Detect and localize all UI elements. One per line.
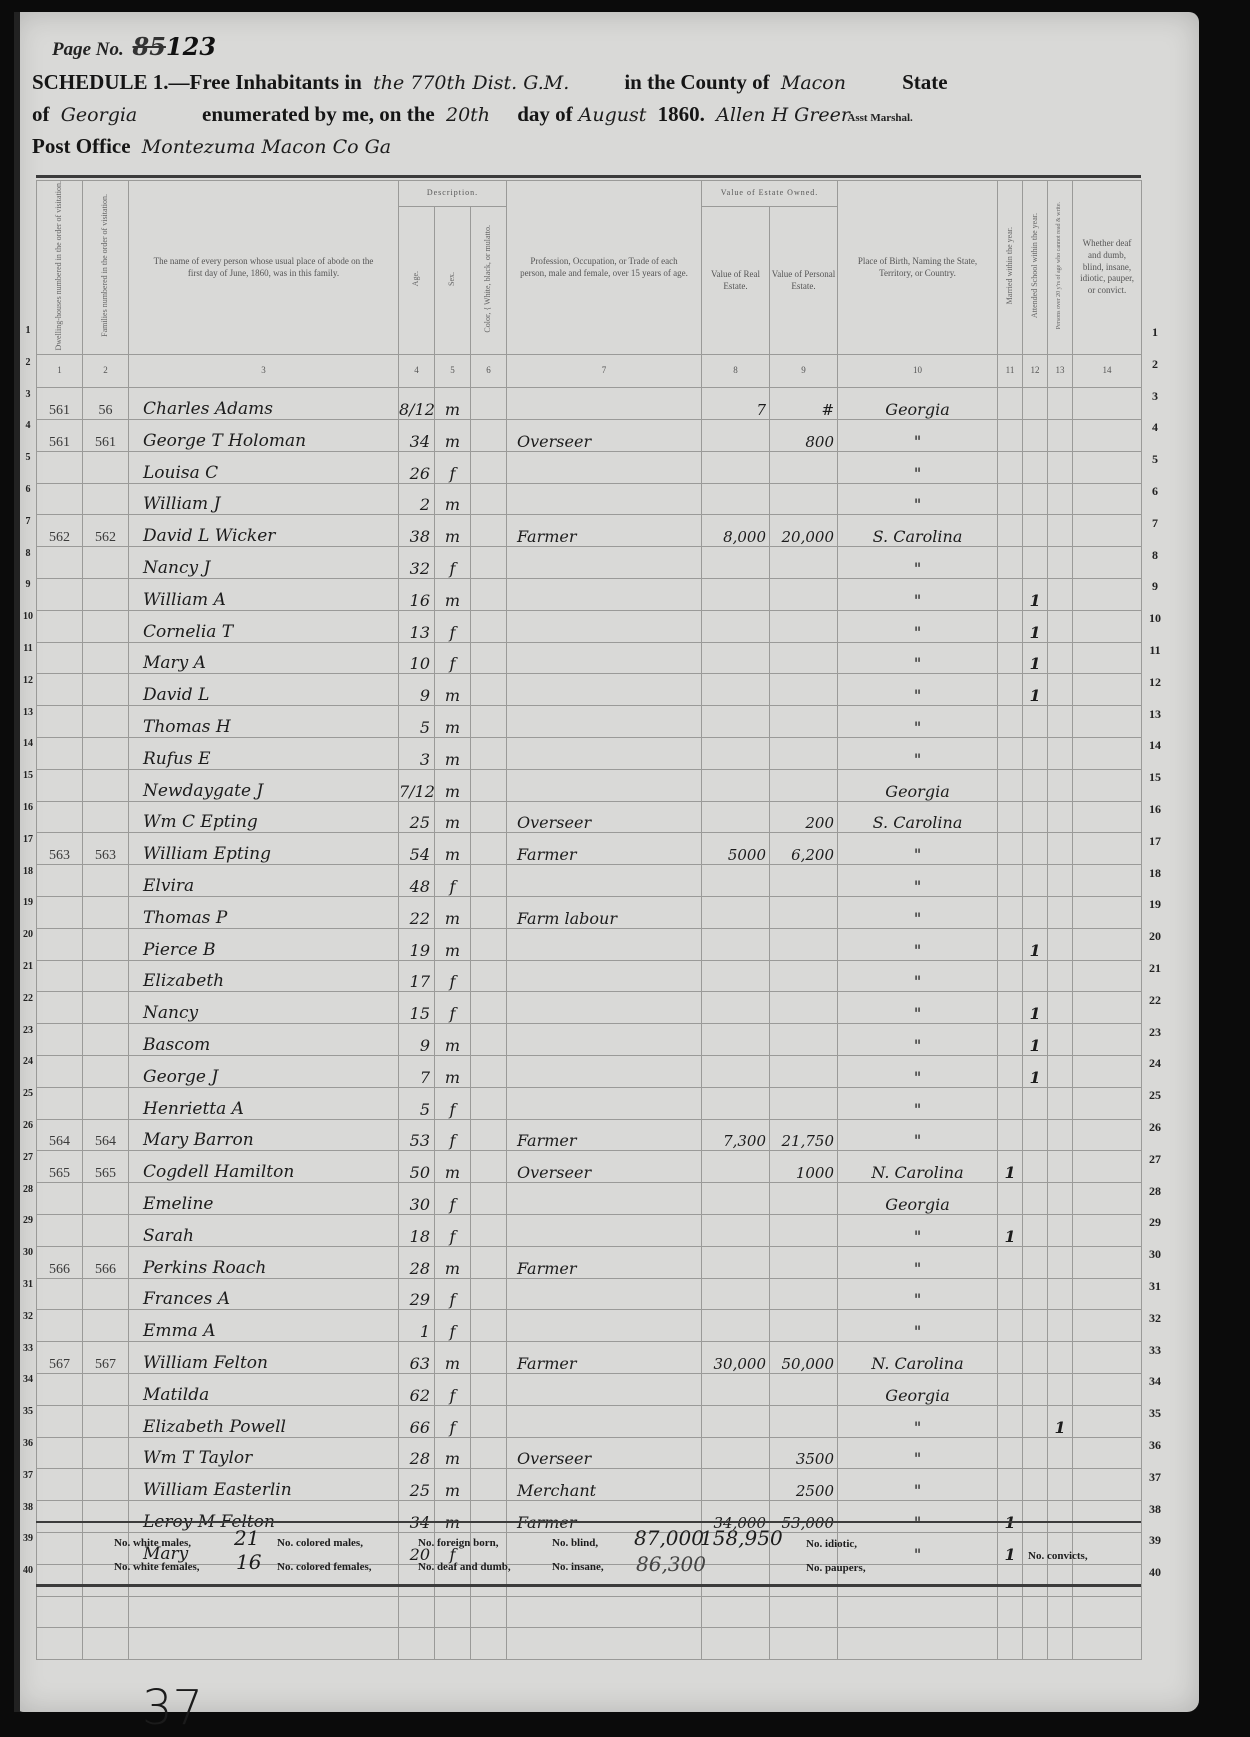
condition xyxy=(1073,451,1142,483)
school-mark xyxy=(1023,1564,1048,1596)
family-number xyxy=(83,451,129,483)
table-row xyxy=(37,1628,1142,1660)
sex: f xyxy=(435,1405,471,1437)
color xyxy=(471,610,507,642)
condition xyxy=(1073,1501,1142,1533)
line-number: 5 xyxy=(1144,452,1166,467)
personal-estate-value xyxy=(770,769,838,801)
school-mark xyxy=(1023,1151,1048,1183)
col-9-header: Value of Personal Estate. xyxy=(770,207,838,355)
table-row: 565565Cogdell Hamilton50mOverseer1000N. … xyxy=(37,1151,1142,1183)
blind-label: No. blind, xyxy=(552,1537,598,1549)
personal-estate-value xyxy=(770,1310,838,1342)
birthplace: N. Carolina xyxy=(838,1151,998,1183)
sex: f xyxy=(435,1183,471,1215)
occupation xyxy=(507,1373,702,1405)
occupation xyxy=(507,1024,702,1056)
personal-estate-value: 6,200 xyxy=(770,833,838,865)
personal-estate-value: 20,000 xyxy=(770,515,838,547)
color xyxy=(471,1119,507,1151)
real-estate-value xyxy=(702,547,770,579)
occupation xyxy=(507,992,702,1024)
real-estate-value xyxy=(702,451,770,483)
birthplace: " xyxy=(838,610,998,642)
condition xyxy=(1073,1246,1142,1278)
line-number: 25 xyxy=(17,1088,39,1099)
school-mark xyxy=(1023,801,1048,833)
school-mark: 1 xyxy=(1023,992,1048,1024)
person-name: Matilda xyxy=(129,1373,399,1405)
color xyxy=(471,1628,507,1660)
occupation xyxy=(507,706,702,738)
table-row: Rufus E3m" xyxy=(37,737,1142,769)
person-name xyxy=(129,1596,399,1628)
real-estate-value xyxy=(702,1151,770,1183)
married-mark: 1 xyxy=(998,1214,1023,1246)
real-estate-value xyxy=(702,865,770,897)
birthplace xyxy=(838,1596,998,1628)
sex: m xyxy=(435,1437,471,1469)
illiterate-mark xyxy=(1048,960,1073,992)
school-mark xyxy=(1023,1214,1048,1246)
birthplace: Georgia xyxy=(838,388,998,420)
line-number: 35 xyxy=(1144,1406,1166,1421)
birthplace: " xyxy=(838,642,998,674)
family-number xyxy=(83,1214,129,1246)
color xyxy=(471,1278,507,1310)
age: 5 xyxy=(399,1087,435,1119)
white-males-label: No. white males, xyxy=(114,1537,191,1549)
sex: m xyxy=(435,1469,471,1501)
sex: f xyxy=(435,960,471,992)
color xyxy=(471,547,507,579)
sex: m xyxy=(435,928,471,960)
personal-estate-value xyxy=(770,928,838,960)
line-number: 17 xyxy=(17,834,39,845)
personal-estate-value: 800 xyxy=(770,420,838,452)
person-name: Louisa C xyxy=(129,451,399,483)
illiterate-mark xyxy=(1048,1596,1073,1628)
schedule-title: SCHEDULE 1.—Free Inhabitants in xyxy=(32,70,362,94)
age xyxy=(399,1628,435,1660)
condition xyxy=(1073,706,1142,738)
illiterate-mark xyxy=(1048,451,1073,483)
line-number: 18 xyxy=(17,866,39,877)
married-mark xyxy=(998,1119,1023,1151)
table-row: Newdaygate J7/12mGeorgia xyxy=(37,769,1142,801)
sex: m xyxy=(435,1151,471,1183)
school-mark: 1 xyxy=(1023,610,1048,642)
line-number: 2 xyxy=(1144,357,1166,372)
family-number xyxy=(83,547,129,579)
illiterate-mark xyxy=(1048,1087,1073,1119)
age: 18 xyxy=(399,1214,435,1246)
personal-estate-value xyxy=(770,1183,838,1215)
birthplace: " xyxy=(838,1501,998,1533)
colored-males-label: No. colored males, xyxy=(277,1537,363,1549)
illiterate-mark xyxy=(1048,579,1073,611)
birthplace: " xyxy=(838,1310,998,1342)
real-estate-value xyxy=(702,1055,770,1087)
sex: m xyxy=(435,1501,471,1533)
color xyxy=(471,483,507,515)
real-estate-value: 7,300 xyxy=(702,1119,770,1151)
married-mark xyxy=(998,1342,1023,1374)
person-name xyxy=(129,1628,399,1660)
table-row: Cornelia T13f"1 xyxy=(37,610,1142,642)
dwelling-number: 561 xyxy=(37,420,83,452)
condition xyxy=(1073,1087,1142,1119)
table-row: Pierce B19m"1 xyxy=(37,928,1142,960)
personal-estate-total: 158,950 xyxy=(700,1526,783,1550)
personal-estate-value xyxy=(770,483,838,515)
birthplace: " xyxy=(838,960,998,992)
occupation xyxy=(507,483,702,515)
birthplace: " xyxy=(838,992,998,1024)
person-name: Elizabeth Powell xyxy=(129,1405,399,1437)
line-number: 8 xyxy=(1144,548,1166,563)
age: 38 xyxy=(399,515,435,547)
age: 7/12 xyxy=(399,769,435,801)
schedule-title-line: SCHEDULE 1.—Free Inhabitants in the 770t… xyxy=(32,70,948,95)
personal-estate-value xyxy=(770,1278,838,1310)
age: 48 xyxy=(399,865,435,897)
occupation xyxy=(507,1310,702,1342)
condition xyxy=(1073,1310,1142,1342)
family-number xyxy=(83,1183,129,1215)
dwelling-number xyxy=(37,1628,83,1660)
col-number: 9 xyxy=(770,355,838,388)
personal-estate-value xyxy=(770,992,838,1024)
color xyxy=(471,1087,507,1119)
age: 34 xyxy=(399,420,435,452)
person-name: Elvira xyxy=(129,865,399,897)
summary-bottom-rule xyxy=(36,1584,1141,1587)
age: 25 xyxy=(399,1469,435,1501)
family-number xyxy=(83,1501,129,1533)
line-number: 6 xyxy=(1144,484,1166,499)
dwelling-number: 562 xyxy=(37,515,83,547)
personal-estate-value: 50,000 xyxy=(770,1342,838,1374)
color xyxy=(471,801,507,833)
col-2-header: Families numbered in the order of visita… xyxy=(100,194,110,337)
color xyxy=(471,928,507,960)
birthplace: " xyxy=(838,865,998,897)
illiterate-mark xyxy=(1048,928,1073,960)
post-office-label: Post Office xyxy=(32,134,131,158)
line-number: 22 xyxy=(1144,993,1166,1008)
person-name: Thomas P xyxy=(129,896,399,928)
illiterate-mark xyxy=(1048,610,1073,642)
age: 25 xyxy=(399,801,435,833)
dwelling-number xyxy=(37,1501,83,1533)
sex: f xyxy=(435,1214,471,1246)
birthplace: " xyxy=(838,1119,998,1151)
occupation xyxy=(507,1087,702,1119)
personal-estate-value: # xyxy=(770,388,838,420)
school-mark xyxy=(1023,960,1048,992)
school-mark xyxy=(1023,737,1048,769)
illiterate-mark xyxy=(1048,896,1073,928)
illiterate-mark xyxy=(1048,769,1073,801)
sex: f xyxy=(435,1310,471,1342)
sex: f xyxy=(435,547,471,579)
condition xyxy=(1073,737,1142,769)
color xyxy=(471,1469,507,1501)
married-mark xyxy=(998,706,1023,738)
birthplace: " xyxy=(838,706,998,738)
line-number: 9 xyxy=(17,579,39,590)
col-number: 11 xyxy=(998,355,1023,388)
month-value: August xyxy=(579,104,647,126)
birthplace: " xyxy=(838,737,998,769)
family-number: 56 xyxy=(83,388,129,420)
idiotic-label: No. idiotic, xyxy=(806,1538,857,1550)
line-number: 7 xyxy=(1144,516,1166,531)
school-mark xyxy=(1023,1437,1048,1469)
married-mark: 1 xyxy=(998,1501,1023,1533)
line-number: 9 xyxy=(1144,579,1166,594)
col-7-header: Profession, Occupation, or Trade of each… xyxy=(507,181,702,355)
col-number: 1 xyxy=(37,355,83,388)
col-6-header: Color, { White, black, or mulatto. xyxy=(483,225,493,333)
personal-estate-value: 21,750 xyxy=(770,1119,838,1151)
col-number: 8 xyxy=(702,355,770,388)
dwelling-number xyxy=(37,1405,83,1437)
color xyxy=(471,1342,507,1374)
school-mark xyxy=(1023,1342,1048,1374)
birthplace: " xyxy=(838,1087,998,1119)
color xyxy=(471,1214,507,1246)
age: 34 xyxy=(399,1501,435,1533)
age: 26 xyxy=(399,451,435,483)
table-row: Thomas H5m" xyxy=(37,706,1142,738)
real-estate-value xyxy=(702,610,770,642)
dwelling-number xyxy=(37,960,83,992)
dwelling-number xyxy=(37,547,83,579)
condition xyxy=(1073,992,1142,1024)
state-label: State xyxy=(902,70,948,94)
color xyxy=(471,737,507,769)
real-estate-value xyxy=(702,769,770,801)
school-mark xyxy=(1023,865,1048,897)
school-mark xyxy=(1023,1183,1048,1215)
married-mark xyxy=(998,547,1023,579)
personal-estate-value: 200 xyxy=(770,801,838,833)
condition xyxy=(1073,674,1142,706)
line-number: 40 xyxy=(17,1565,39,1576)
col-5-header: Sex. xyxy=(447,272,457,286)
real-estate-value xyxy=(702,737,770,769)
col-3-header: The name of every person whose usual pla… xyxy=(129,181,399,355)
age: 5 xyxy=(399,706,435,738)
condition xyxy=(1073,1055,1142,1087)
personal-estate-value xyxy=(770,610,838,642)
person-name: Rufus E xyxy=(129,737,399,769)
occupation: Overseer xyxy=(507,1437,702,1469)
person-name: Cornelia T xyxy=(129,610,399,642)
dwelling-number xyxy=(37,1024,83,1056)
person-name: David L Wicker xyxy=(129,515,399,547)
age: 9 xyxy=(399,1024,435,1056)
age: 29 xyxy=(399,1278,435,1310)
sex: m xyxy=(435,674,471,706)
school-mark xyxy=(1023,420,1048,452)
real-estate-value xyxy=(702,706,770,738)
table-row: David L9m"1 xyxy=(37,674,1142,706)
line-number: 32 xyxy=(17,1311,39,1322)
tally-mark: 37 xyxy=(142,1680,203,1736)
col-12-header: Attended School within the year. xyxy=(1030,213,1040,318)
personal-estate-value xyxy=(770,1055,838,1087)
sex: m xyxy=(435,1055,471,1087)
occupation: Merchant xyxy=(507,1469,702,1501)
column-number-row: 1 2 3 4 5 6 7 8 9 10 11 12 13 14 xyxy=(37,355,1142,388)
line-number: 12 xyxy=(17,675,39,686)
real-estate-value xyxy=(702,642,770,674)
color xyxy=(471,896,507,928)
school-mark: 1 xyxy=(1023,674,1048,706)
county-label: in the County of xyxy=(624,70,769,94)
line-number: 24 xyxy=(17,1056,39,1067)
personal-estate-value xyxy=(770,1214,838,1246)
school-mark xyxy=(1023,1119,1048,1151)
family-number xyxy=(83,1373,129,1405)
occupation xyxy=(507,928,702,960)
real-estate-value: 7 xyxy=(702,388,770,420)
dwelling-number xyxy=(37,1437,83,1469)
person-name: Wm T Taylor xyxy=(129,1437,399,1469)
school-mark xyxy=(1023,451,1048,483)
line-number: 26 xyxy=(17,1120,39,1131)
person-name: Nancy J xyxy=(129,547,399,579)
age: 16 xyxy=(399,579,435,611)
married-mark xyxy=(998,769,1023,801)
table-row: Wm C Epting25mOverseer200S. Carolina xyxy=(37,801,1142,833)
personal-estate-value xyxy=(770,547,838,579)
married-mark xyxy=(998,928,1023,960)
person-name: Mary Barron xyxy=(129,1119,399,1151)
line-number: 13 xyxy=(1144,707,1166,722)
personal-estate-value xyxy=(770,706,838,738)
white-females-value: 16 xyxy=(236,1550,261,1574)
dwelling-number xyxy=(37,451,83,483)
illiterate-mark xyxy=(1048,1310,1073,1342)
line-number: 31 xyxy=(17,1279,39,1290)
married-mark xyxy=(998,992,1023,1024)
personal-estate-value xyxy=(770,451,838,483)
line-number: 2 xyxy=(17,357,39,368)
real-estate-value xyxy=(702,1183,770,1215)
line-number: 31 xyxy=(1144,1279,1166,1294)
illiterate-mark xyxy=(1048,483,1073,515)
condition xyxy=(1073,388,1142,420)
birthplace: S. Carolina xyxy=(838,515,998,547)
person-name: William Epting xyxy=(129,833,399,865)
real-estate-value xyxy=(702,674,770,706)
sex xyxy=(435,1628,471,1660)
occupation xyxy=(507,1214,702,1246)
page-number-value: 123 xyxy=(166,32,216,61)
person-name: Wm C Epting xyxy=(129,801,399,833)
condition xyxy=(1073,1437,1142,1469)
age: 54 xyxy=(399,833,435,865)
birthplace: " xyxy=(838,1278,998,1310)
family-number xyxy=(83,1596,129,1628)
col-number: 5 xyxy=(435,355,471,388)
personal-estate-value xyxy=(770,1628,838,1660)
age: 28 xyxy=(399,1246,435,1278)
personal-estate-value xyxy=(770,737,838,769)
line-number: 34 xyxy=(17,1374,39,1385)
condition xyxy=(1073,1024,1142,1056)
family-number xyxy=(83,1310,129,1342)
real-estate-value: 30,000 xyxy=(702,1342,770,1374)
dwelling-number: 563 xyxy=(37,833,83,865)
real-estate-value: 8,000 xyxy=(702,515,770,547)
dwelling-number xyxy=(37,1596,83,1628)
line-number: 40 xyxy=(1144,1565,1166,1580)
post-office-line: Post Office Montezuma Macon Co Ga xyxy=(32,134,397,159)
birthplace: Georgia xyxy=(838,769,998,801)
birthplace: " xyxy=(838,928,998,960)
census-rows: 56156Charles Adams8/12m7#Georgia561561Ge… xyxy=(37,388,1142,1660)
county-value: Macon xyxy=(781,72,891,94)
family-number: 565 xyxy=(83,1151,129,1183)
real-estate-value xyxy=(702,1246,770,1278)
table-row: Nancy J32f" xyxy=(37,547,1142,579)
line-number: 8 xyxy=(17,548,39,559)
dwelling-number xyxy=(37,1532,83,1564)
sex: f xyxy=(435,1278,471,1310)
real-estate-value xyxy=(702,1437,770,1469)
person-name: William A xyxy=(129,579,399,611)
age: 32 xyxy=(399,547,435,579)
occupation xyxy=(507,642,702,674)
condition xyxy=(1073,801,1142,833)
condition xyxy=(1073,610,1142,642)
table-row: Bascom9m"1 xyxy=(37,1024,1142,1056)
illiterate-mark xyxy=(1048,420,1073,452)
person-name: Pierce B xyxy=(129,928,399,960)
family-number: 564 xyxy=(83,1119,129,1151)
personal-estate-value xyxy=(770,896,838,928)
age: 19 xyxy=(399,928,435,960)
col-number: 6 xyxy=(471,355,507,388)
sex: f xyxy=(435,642,471,674)
col-number: 3 xyxy=(129,355,399,388)
birthplace: " xyxy=(838,1437,998,1469)
married-mark xyxy=(998,515,1023,547)
occupation: Farmer xyxy=(507,515,702,547)
birthplace: " xyxy=(838,1024,998,1056)
line-number: 33 xyxy=(1144,1343,1166,1358)
condition xyxy=(1073,1373,1142,1405)
line-number: 20 xyxy=(17,929,39,940)
paupers-label: No. paupers, xyxy=(806,1562,866,1574)
school-mark xyxy=(1023,1628,1048,1660)
line-number: 29 xyxy=(17,1215,39,1226)
table-row: 56156Charles Adams8/12m7#Georgia xyxy=(37,388,1142,420)
family-number xyxy=(83,737,129,769)
family-number xyxy=(83,896,129,928)
line-number: 23 xyxy=(1144,1025,1166,1040)
condition xyxy=(1073,1214,1142,1246)
married-mark: 1 xyxy=(998,1151,1023,1183)
line-number: 19 xyxy=(1144,897,1166,912)
table-row: Elizabeth17f" xyxy=(37,960,1142,992)
family-number xyxy=(83,928,129,960)
